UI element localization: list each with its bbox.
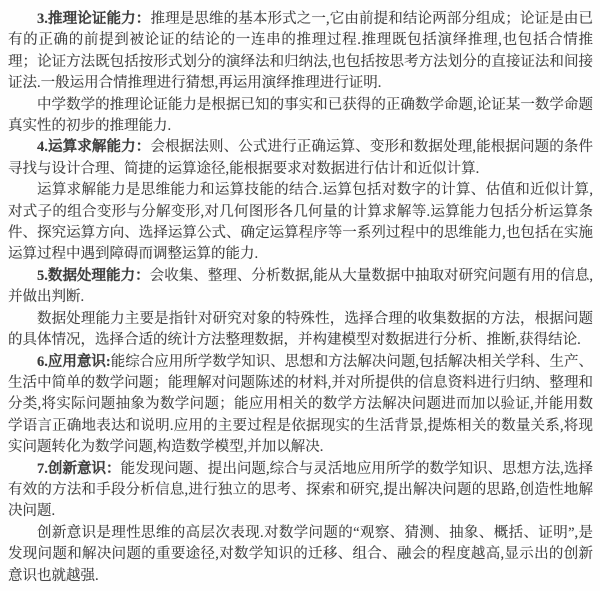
paragraph-reasoning-ability: 3.推理论证能力：推理是思维的基本形式之一,它由前提和结论两部分组成；论证是由已… [8, 9, 593, 95]
paragraph-data-processing-ability: 5.数据处理能力：会收集、整理、分析数据,能从大量数据中抽取对研究问题有用的信息… [8, 266, 593, 309]
paragraph-reasoning-ability-note: 中学数学的推理论证能力是根据已知的事实和已获得的正确数学命题,论证某一数学命题真… [8, 95, 593, 138]
paragraph-label: 4.运算求解能力： [37, 139, 150, 155]
paragraph-data-processing-ability-note: 数据处理能力主要是指针对研究对象的特殊性，选择合理的收集数据的方法，根据问题的具… [8, 309, 593, 352]
paragraph-text: 运算求解能力是思维能力和运算技能的结合.运算包括对数字的计算、估值和近似计算,对… [8, 182, 593, 262]
paragraph-label: 5.数据处理能力： [37, 268, 150, 284]
document-page: 3.推理论证能力：推理是思维的基本形式之一,它由前提和结论两部分组成；论证是由已… [0, 0, 600, 591]
paragraph-innovation-awareness: 7.创新意识：能发现问题、提出问题,综合与灵活地应用所学的数学知识、思想方法,选… [8, 459, 593, 523]
paragraph-computation-ability-note: 运算求解能力是思维能力和运算技能的结合.运算包括对数字的计算、估值和近似计算,对… [8, 180, 593, 266]
paragraph-computation-ability: 4.运算求解能力：会根据法则、公式进行正确运算、变形和数据处理,能根据问题的条件… [8, 137, 593, 180]
paragraph-label: 3.推理论证能力： [37, 11, 150, 27]
paragraph-text: 创新意识是理性思维的高层次表现.对数学问题的“观察、猜测、抽象、概括、证明”,是… [8, 525, 593, 584]
paragraph-application-awareness: 6.应用意识:能综合应用所学数学知识、思想和方法解决问题,包括解决相关学科、生产… [8, 352, 593, 459]
paragraph-innovation-awareness-note: 创新意识是理性思维的高层次表现.对数学问题的“观察、猜测、抽象、概括、证明”,是… [8, 523, 593, 587]
paragraph-text: 中学数学的推理论证能力是根据已知的事实和已获得的正确数学命题,论证某一数学命题真… [8, 97, 593, 134]
paragraph-label: 6.应用意识: [37, 354, 111, 370]
paragraph-label: 7.创新意识： [37, 461, 121, 477]
paragraph-text: 数据处理能力主要是指针对研究对象的特殊性，选择合理的收集数据的方法，根据问题的具… [8, 311, 593, 348]
